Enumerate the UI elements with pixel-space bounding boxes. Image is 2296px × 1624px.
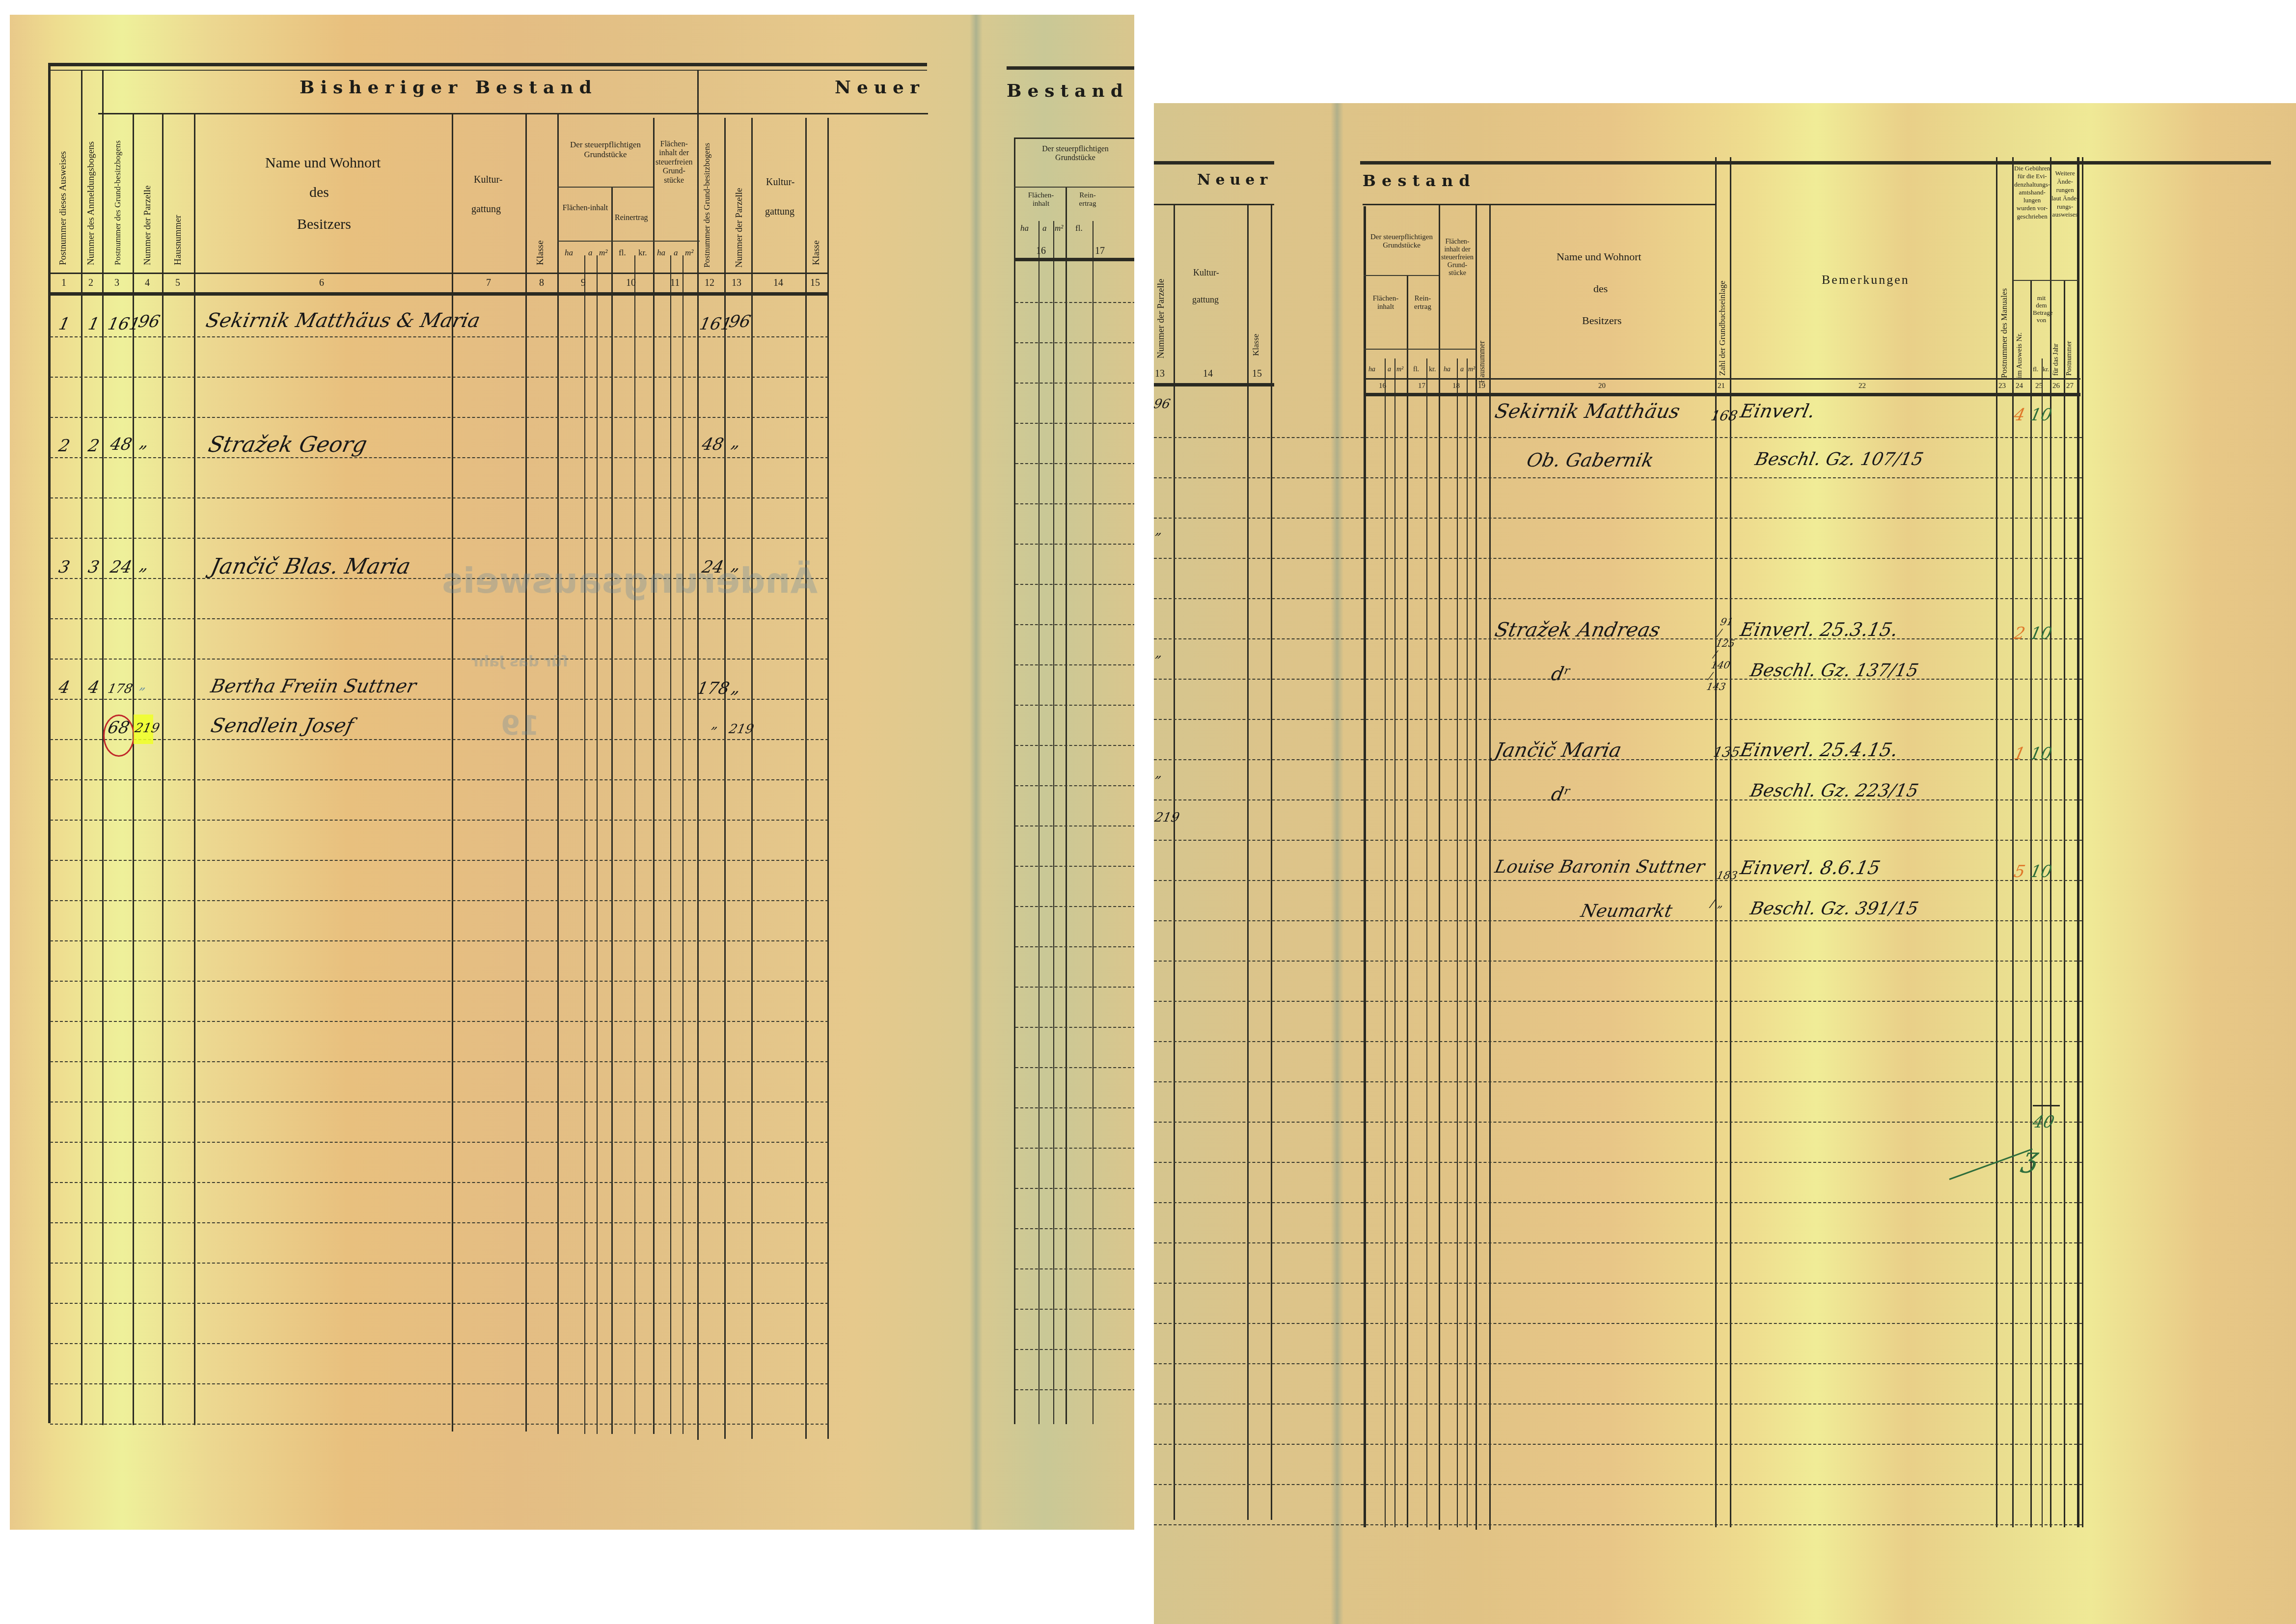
r-row2-fee: 10 (2028, 624, 2054, 643)
fee-total: 40 (2031, 1112, 2056, 1132)
section-title-bisheriger-bestand: Bisheriger Bestand (300, 78, 598, 98)
col-no-25: 25 (2035, 382, 2043, 390)
col-no-16: 16 (1379, 382, 1386, 390)
col-4-heading: Nummer der Parzelle (142, 157, 153, 265)
col-19-heading: Hausnummer (1478, 329, 1487, 383)
stub-row3-value: „ (1154, 646, 1164, 661)
col-sub-ha-11 (670, 255, 671, 1434)
col-2-heading: Nummer des Anmeldungsbogens (86, 79, 97, 265)
page-fold (970, 15, 983, 1530)
fold-row-rule (1015, 1309, 1134, 1310)
col-no-9: 9 (581, 277, 586, 289)
main-col-17-18 (1439, 204, 1440, 1530)
stub-row2-value: „ (1154, 523, 1164, 538)
row-rule (1154, 1524, 2082, 1525)
stub-row5-value: 219 (1154, 810, 1181, 825)
fold-group-heading: Der steuerpflichtigen Grundstücke (1024, 145, 1127, 163)
fold-row-rule (1015, 826, 1134, 826)
col-divider-7 (525, 113, 527, 1431)
fold-sub-rule (1014, 187, 1134, 188)
fold-row-rule (1015, 1389, 1134, 1390)
stub-col-13-heading: Nummer der Parzelle (1156, 250, 1167, 358)
row2-c12: 48 (700, 435, 726, 454)
main-col-25-26 (2050, 157, 2051, 1527)
col-20-heading-line2: des (1593, 282, 1608, 295)
fold-col-16-left (1014, 138, 1015, 1424)
row-rule (50, 699, 828, 700)
row-rule (50, 336, 828, 337)
col-18-line3: steuerfreien (1441, 254, 1474, 262)
fee-line6: wurden vor- (2014, 204, 2050, 212)
stub-header-bottom-rule (1154, 383, 1274, 386)
col-1-heading: Postnummer dieses Ausweises (58, 88, 69, 265)
main-col25-fl (2042, 358, 2043, 1527)
stub-col-14-line2: gattung (1192, 295, 1219, 305)
col-no-23: 23 (1998, 382, 2006, 390)
col-20-heading-line3: Besitzers (1582, 314, 1622, 327)
fold-col-no-16: 16 (1036, 246, 1046, 257)
group-9-10-rule (557, 187, 653, 188)
main-frame-right (2077, 157, 2079, 1527)
row3-c2: 3 (86, 557, 101, 577)
col-24-heading: im Ausweis Nr. (2016, 295, 2024, 378)
col-no-13: 13 (732, 277, 741, 289)
frame-right (827, 118, 829, 1439)
fold-col-17-fl (1093, 221, 1093, 1424)
row-rule (1154, 1041, 2082, 1042)
fee-line3: denzhaltungs- (2014, 181, 2050, 189)
col-13-heading: Nummer der Parzelle (734, 165, 745, 268)
fold-row-rule (1015, 342, 1134, 343)
row-rule (1154, 1242, 2082, 1243)
row5-name: Sendlein Josef (209, 715, 355, 737)
row-rule (50, 981, 828, 982)
col-11-line3: steuerfreien (656, 158, 693, 167)
col-16-sub-heading: Flächen-inhalt (1366, 295, 1405, 312)
r-row4-remark1: Einverl. 8.6.15 (1738, 857, 1882, 879)
unit-ha-16: ha (1368, 366, 1375, 374)
col-divider-11-12 (697, 70, 699, 1440)
fold-unit-m2: m² (1055, 223, 1063, 233)
r-row2-place: dʳ (1549, 663, 1572, 685)
header-bottom-rule (48, 292, 829, 296)
main-col-19-20 (1489, 204, 1491, 1530)
col-divider-14-15 (805, 118, 807, 1439)
col-no-5: 5 (175, 277, 180, 289)
fold-row-rule (1015, 1188, 1134, 1189)
row5-c12: „ (711, 717, 720, 732)
r-row4-einlage: 183 / „ (1708, 862, 1736, 918)
unit-a-9: a (588, 248, 593, 258)
col-11-heading: Flächen- inhalt der steuerfreien Grund- … (656, 140, 693, 185)
col-17-sub-heading: Rein-ertrag (1409, 295, 1436, 312)
col-no-20: 20 (1598, 382, 1606, 390)
unit-a-18: a (1460, 366, 1464, 374)
row-rule (50, 1182, 828, 1183)
further-line2: Ände- (2051, 178, 2078, 186)
col-no-19: 19 (1478, 382, 1485, 390)
fold-row-rule (1015, 584, 1134, 585)
fold-top-rule (1007, 66, 1134, 70)
header-top-rule (48, 63, 927, 66)
main-col-24-25 (2030, 280, 2032, 1527)
row2-name: Stražek Georg (206, 432, 370, 457)
main-col-22-23 (1996, 157, 1997, 1527)
main-section-title: Bestand (1363, 172, 1476, 190)
col-7-heading-line1: Kultur- (474, 174, 502, 186)
r-row2-einlage: 91 / 125 / 140 / 143 (1706, 616, 1739, 692)
header-top-rule-inner (48, 70, 927, 71)
row-rule (1154, 1001, 2082, 1002)
r-row1-fee: 10 (2028, 405, 2054, 425)
fold-col-16-ha (1039, 221, 1039, 1424)
fold-row-rule (1015, 705, 1134, 706)
r-row3-fee: 10 (2028, 744, 2054, 764)
col-sub-a-11 (683, 255, 683, 1434)
fee-line5: lungen (2014, 196, 2050, 204)
col-6-heading-line2: des (309, 184, 329, 201)
unit-m2-9: m² (599, 248, 607, 258)
col-no-1: 1 (61, 277, 66, 289)
col-18-heading: Flächen- inhalt der steuerfreien Grund- … (1441, 238, 1474, 277)
main-col-21-22 (1730, 157, 1731, 1527)
further-line6: ausweises (2051, 211, 2078, 219)
row3-name: Jančič Blas. Maria (209, 554, 413, 579)
fold-row-rule (1015, 624, 1134, 625)
col-5-heading: Hausnummer (173, 201, 184, 265)
r-row4-remark2: Beschl. Gz. 391/15 (1749, 899, 1920, 919)
row-rule (50, 457, 828, 458)
unit-kr-25: kr. (2043, 366, 2049, 373)
unit-a-16: a (1388, 366, 1391, 374)
fee-total-rule (2033, 1105, 2060, 1106)
unit-kr-10: kr. (638, 248, 647, 258)
col-12-heading: Postnummer des Grund-besitzbogens (702, 150, 712, 268)
col-15-heading: Klasse (811, 236, 822, 265)
row4-c12: 178 (695, 679, 731, 698)
row5-c13: 219 (728, 722, 755, 737)
unit-fl-25: fl. (2033, 366, 2038, 373)
r-row4-name: Louise Baronin Suttner (1493, 857, 1707, 877)
further-line4: laut Ände- (2051, 194, 2078, 203)
col-11-line1: Flächen- (656, 140, 693, 149)
fold-row-rule (1015, 503, 1134, 504)
col-divider-5 (194, 113, 195, 1425)
row-rule (1154, 1484, 2082, 1485)
row-rule (1154, 799, 2082, 800)
col-11-line5: stücke (656, 176, 693, 185)
col-14-heading-line1: Kultur- (766, 177, 794, 188)
row-rule (50, 860, 828, 861)
row-rule (50, 497, 828, 498)
fold-row-rule (1015, 946, 1134, 947)
col-no-7: 7 (486, 277, 491, 289)
fold-unit-fl: fl. (1075, 223, 1083, 233)
col-divider-4 (162, 113, 164, 1425)
row-rule (1154, 598, 2082, 599)
col-6-heading-line3: Besitzers (297, 216, 351, 233)
r-row4-place: Neumarkt (1579, 901, 1674, 921)
fold-row-rule (1015, 906, 1134, 907)
signature: ʒ (2020, 1142, 2042, 1174)
col-no-12: 12 (705, 277, 714, 289)
main-col18-ha (1457, 358, 1458, 1527)
fold-col-16-sub: Flächen-inhalt (1021, 192, 1061, 209)
row-rule (50, 1263, 828, 1264)
stub-col-14-line1: Kultur- (1193, 268, 1219, 278)
stub-section-title: Neuer (1197, 172, 1272, 189)
stub-col-divider-2 (1247, 204, 1249, 1520)
bleed-through-title: Änderungsausweis (442, 560, 818, 601)
signature-stroke (1949, 1149, 2032, 1180)
col-no-2: 2 (88, 277, 93, 289)
unit-fl-10: fl. (619, 248, 626, 258)
row-rule (50, 820, 828, 821)
stub-row1-value: 96 (1154, 397, 1172, 412)
col-25-sub-heading: mit dem Betrage von (2033, 295, 2050, 324)
fold-row-rule (1015, 785, 1134, 786)
main-col17-fl (1426, 358, 1427, 1527)
fee-group-heading: Die Gebühren für die Evi- denzhaltungs- … (2014, 165, 2050, 220)
row1-name: Sekirnik Matthäus & Maria (204, 309, 482, 332)
left-page-scan: Bisheriger Bestand Neuer Bestand Postnum… (10, 15, 1134, 1530)
section-title-neuer: Neuer (835, 78, 925, 98)
fold-row-rule (1015, 1027, 1134, 1028)
fold-row-rule (1015, 1268, 1134, 1269)
unit-m2-11: m² (685, 248, 693, 258)
bleed-through-year: 19 (501, 710, 539, 742)
row-rule (1154, 880, 2082, 881)
row-rule (1154, 477, 2082, 478)
stub-col-no-14: 14 (1203, 368, 1213, 380)
further-line5: rungs- (2051, 203, 2078, 211)
main-top-rule (1360, 161, 2271, 165)
fold-row-rule (1015, 866, 1134, 867)
unit-ha-11: ha (657, 248, 665, 258)
header-sub-rule (98, 113, 928, 114)
col-18-line5: stücke (1441, 270, 1474, 277)
col-divider-3 (133, 113, 134, 1425)
col-9-sub-heading: Flächen-inhalt (561, 204, 610, 213)
col-23-heading: Postnummer des Manuales (1999, 231, 2009, 378)
fold-row-rule (1015, 664, 1134, 665)
row-rule (1154, 1404, 2082, 1404)
row2-c1: 2 (57, 436, 72, 456)
main-col-20-21 (1715, 157, 1717, 1527)
further-group-rule (2050, 280, 2078, 281)
main-col-16-17 (1407, 275, 1408, 1527)
row4-c2: 4 (86, 678, 101, 697)
row-rule (1154, 1363, 2082, 1364)
unit-m2-16: m² (1396, 366, 1403, 374)
main-col16-ha (1385, 358, 1386, 1527)
fold-row-rule (1015, 1349, 1134, 1350)
group-heading-text: Der steuerpflichtigen Grundstücke (564, 140, 647, 159)
r-row1-remark1: Einverl. (1738, 400, 1817, 422)
col-3-heading: Postnummer des Grund-besitzbogens (113, 128, 123, 265)
stub-col-divider-1 (1174, 204, 1175, 1520)
row5-c4: 219 (134, 721, 161, 736)
right-page-scan: Neuer Nummer der Parzelle Kultur- gattun… (1154, 103, 2296, 1624)
r-row3-manual: 1 (2012, 744, 2027, 764)
row4-c3: 178 (107, 682, 134, 696)
r-row2-remark1: Einverl. 25.3.15. (1738, 619, 1900, 640)
col-no-18: 18 (1452, 382, 1460, 390)
section-title-bestand-fold: Bestand (1007, 81, 1129, 101)
row-rule (50, 1222, 828, 1223)
r-row2-remark2: Beschl. Gz. 137/15 (1749, 661, 1920, 681)
row3-c4: „ (138, 555, 151, 575)
fold-row-rule (1015, 987, 1134, 988)
col-no-17: 17 (1418, 382, 1425, 390)
col-divider-8 (557, 113, 559, 1434)
row-rule (1154, 437, 2082, 438)
r-row3-place: dʳ (1549, 783, 1572, 805)
unit-m2-18: m² (1468, 366, 1475, 374)
fold-row-rule (1015, 383, 1134, 384)
row1-c1: 1 (57, 314, 72, 334)
col-9-10-group-heading: Der steuerpflichtigen Grundstücke (564, 140, 647, 159)
row-rule (1154, 1122, 2082, 1123)
row-rule (50, 1101, 828, 1102)
fold-row-rule (1015, 463, 1134, 464)
r-row1-place: Ob. Gabernik (1525, 449, 1656, 471)
col-divider-9-10 (611, 187, 613, 1434)
fold-row-rule (1015, 1228, 1134, 1229)
row-rule (50, 1424, 828, 1425)
fold-col-no-17: 17 (1095, 246, 1105, 257)
col-11-line4: Grund- (656, 167, 693, 176)
row2-c13: „ (730, 432, 742, 452)
fee-line7: geschrieben (2014, 213, 2050, 220)
unit-kr-17: kr. (1429, 366, 1436, 374)
row-rule (1154, 1081, 2082, 1082)
fold-col-17-left (1066, 187, 1067, 1424)
col-no-26: 26 (2052, 382, 2060, 390)
fold-row-rule (1015, 1067, 1134, 1068)
row-rule (50, 900, 828, 901)
fold-col-17-sub: Rein-ertrag (1073, 192, 1102, 209)
row-rule (1154, 1444, 2082, 1445)
unit-ha-9: ha (565, 248, 573, 258)
r-row3-name: Jančič Maria (1493, 739, 1623, 762)
fold-row-rule (1015, 1148, 1134, 1149)
col-11-line2: inhalt der (656, 149, 693, 158)
row-rule (50, 940, 828, 941)
stub-top-rule (1154, 161, 1274, 165)
col-no-14: 14 (773, 277, 783, 289)
r-row3-remark2: Beschl. Gz. 223/15 (1749, 781, 1920, 801)
fold-row-rule (1015, 423, 1134, 424)
col-sub-a (597, 255, 598, 1434)
fold-header-rule (1014, 138, 1134, 139)
r-row1-name: Sekirnik Matthäus (1493, 400, 1682, 423)
col-18-line2: inhalt der (1441, 246, 1474, 254)
r-row1-remark2: Beschl. Gz. 107/15 (1753, 449, 1925, 469)
row-rule (1154, 961, 2082, 962)
row-rule (1154, 679, 2082, 680)
row1-c2: 1 (86, 314, 101, 334)
fold-row-rule (1015, 544, 1134, 545)
stub-col-no-13: 13 (1155, 368, 1165, 380)
fold-row-rule (1015, 1107, 1134, 1108)
row2-c2: 2 (86, 436, 101, 456)
right-col-numbers-top-rule (1364, 378, 2080, 380)
col-7-heading-line2: gattung (471, 204, 501, 215)
main-col-23-24 (2012, 157, 2014, 1527)
right-units-rule (1364, 349, 1476, 350)
units-rule (557, 241, 700, 242)
r-row1-manual: 4 (2012, 405, 2027, 425)
row-rule (1154, 719, 2082, 720)
row-rule (50, 538, 828, 539)
r-row2-manual: 2 (2012, 624, 2027, 643)
col-no-11: 11 (670, 277, 680, 289)
col-6-heading-line1: Name und Wohnort (265, 155, 381, 172)
col-14-heading-line2: gattung (765, 206, 794, 218)
stub-row4-value: „ (1154, 766, 1164, 781)
unit-ha-18: ha (1444, 366, 1450, 374)
further-line1: Weitere (2051, 169, 2078, 178)
r-row1-einlage: 168 (1709, 408, 1739, 424)
bleed-through-year-label: für das Jahr (471, 653, 568, 670)
unit-a-11: a (674, 248, 678, 258)
row-rule (1154, 1323, 2082, 1324)
col-no-24: 24 (2016, 382, 2023, 390)
col-no-22: 22 (1859, 382, 1866, 390)
col-no-3: 3 (114, 277, 119, 289)
col-8-heading: Klasse (535, 236, 546, 265)
row1-c4: 96 (137, 312, 162, 331)
main-frame-left (1364, 206, 1366, 1527)
row4-c13: „ (730, 678, 742, 697)
row5-c3: 68 (106, 718, 132, 738)
row-rule (50, 1383, 828, 1384)
fee-line1: Die Gebühren (2014, 165, 2050, 172)
col-no-27: 27 (2066, 382, 2074, 390)
further-group-heading: Weitere Ände- rungen laut Ände- rungs- a… (2051, 169, 2078, 219)
fold-unit-a: a (1042, 223, 1047, 233)
fold-row-rule (1015, 745, 1134, 746)
row-rule (50, 739, 828, 740)
row-rule (50, 779, 828, 780)
col-16-17-group-rule (1364, 275, 1439, 276)
fee-line2: für die Evi- (2014, 172, 2050, 180)
col-no-21: 21 (1718, 382, 1725, 390)
main-frame-right-outer (2082, 157, 2083, 1527)
stub-col-15-heading: Klasse (1251, 327, 1261, 356)
col-numbers-top-rule (48, 273, 829, 274)
row-rule (50, 1142, 828, 1143)
fold-header-bottom-rule (1014, 258, 1134, 261)
row-rule (50, 618, 828, 619)
row-rule (1154, 1202, 2082, 1203)
col-divider-10-11 (653, 118, 655, 1434)
col-no-6: 6 (319, 277, 324, 289)
col-18-line1: Flächen- (1441, 238, 1474, 246)
col-18-line4: Grund- (1441, 262, 1474, 270)
right-header-bottom-rule (1364, 393, 2080, 396)
col-no-15: 15 (810, 277, 820, 289)
row-rule (1154, 1283, 2082, 1284)
r-row3-remark1: Einverl. 25.4.15. (1738, 739, 1900, 761)
row-rule (1154, 518, 2082, 519)
further-line3: rungen (2051, 186, 2078, 194)
row-rule (50, 1061, 828, 1062)
row-rule (50, 1343, 828, 1344)
col-10-sub-heading: Reinertrag (615, 214, 648, 222)
row-rule (50, 417, 828, 418)
